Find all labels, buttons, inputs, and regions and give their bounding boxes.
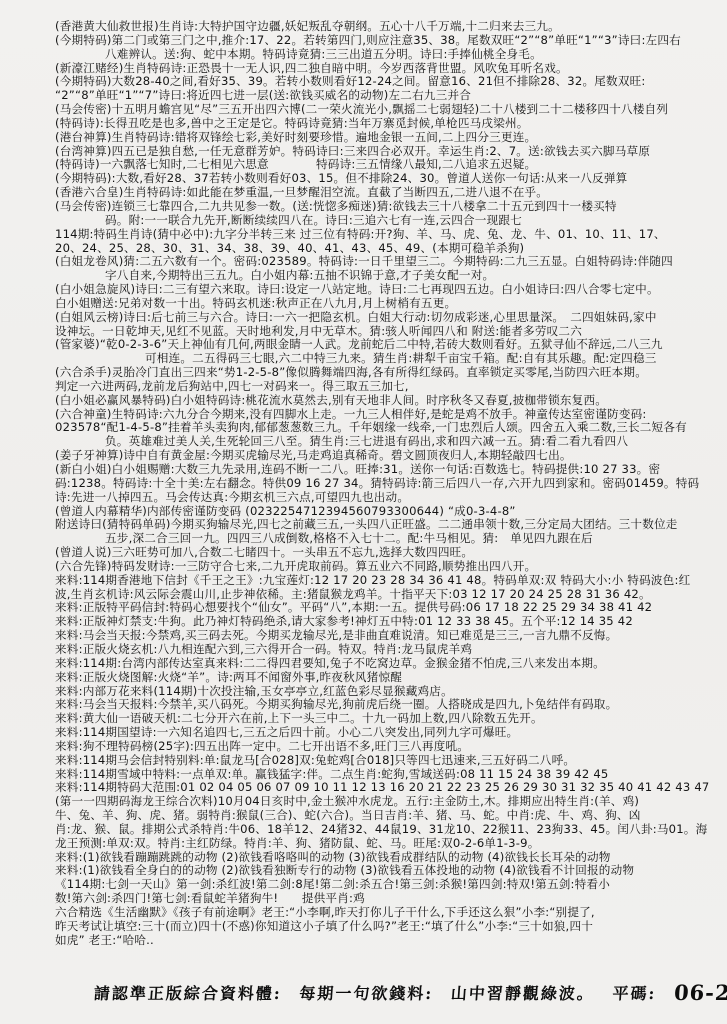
text-line: (马会传密)十五明月蟾宫见“尽”三五开出四六博(二一荣火流光小,飘摇二七弱翅轻)… [55, 103, 721, 117]
text-line: 数!第六剑:杀四门!第七剑:看鼠蛇羊猪狗牛! 提供平肖:鸡 [55, 892, 721, 906]
text-line: 附送诗曰(猜特码单码)今期买狗输尽光,四七之前藏三五,一头四八正旺盛。二二通串领… [55, 518, 721, 532]
text-line: 《114期:七剑一天山》第一剑:杀红波!第二剑:8尾!第二剑:杀五合!第三剑:杀… [55, 878, 721, 892]
text-line: (白小姐必赢风暴特码)白小姐特码诗:桃花流水莫然去,别有天地非人间。时序秋冬又春… [55, 394, 721, 408]
text-line: (今期特码):大数,看好28、37若转小数则看好03、15。但不排除24、30。… [55, 172, 721, 186]
text-line: 负。英雄难过美人关,生死轮回三八至。猜生肖:三七进退有码出,求和四六减一五。猜:… [55, 435, 721, 449]
text-line: 判定一六进两码,龙前龙后狗站中,四七一对码来一。得三取五三加七, [55, 380, 721, 394]
text-line: 来料:正版火烧玄机:八九相连配六到,三六得开合一码。特双。特肖:龙马鼠虎羊鸡 [55, 643, 721, 657]
text-line: 来料:114期:台湾内部传达室真来料:二二得四君要知,兔子不吃窝边草。金猴金猪不… [55, 657, 721, 671]
text-line: 来料:马会当天报:今禁鸡,买三码去死。今期买龙输尽光,是非曲直难说清。知已难觅是… [55, 629, 721, 643]
footer-note: 請認準正版綜合資料體: 每期一句欲錢料: 山中習靜觀綠波。 平碼: 06-23 [93, 980, 727, 1005]
text-line: 龙王预测:单双:双。特肖:主红防绿。特肖:羊、狗、猪防鼠、蛇、马。旺尾:双0-2… [55, 837, 721, 851]
text-line: (曾道人说)三六旺势可加八,合数二七睹四十。一头串五不忘九,选择大数四四旺。 [55, 546, 721, 560]
text-line: (第一一四期码海龙王综合次料)10月04日亥时中,金土猴冲水虎龙。五行:主金防土… [55, 795, 721, 809]
text-line: 牛、兔、羊、狗、虎、猪。弱特肖:猴鼠(三合)、蛇(六合)。当日吉肖:羊、猪、马、… [55, 809, 721, 823]
text-line: (新濠江赌经)生肖特码诗:正恐畏十一无人识,四二独自暗中明。今岁西落背世盟。风吹… [55, 62, 721, 76]
text-line: 20、24、25、28、30、31、34、38、39、40、41、43、45、4… [55, 242, 721, 256]
text-line: 114期:特码生肖诗(猜中必中):九字分半转三来 过三位有特码:开?狗、羊、马、… [55, 228, 721, 242]
text-line: 可相连。二五得码三七眼,六二中特三九来。猜生肖:耕犁千亩宝千箱。配:自有其乐趣。… [55, 352, 721, 366]
text-line: 五步,深二合三回一九。四四三八成倒数,格格不入七十二。配:牛马相见。猜: 单见四… [55, 532, 721, 546]
text-line: 八难辨认。送:狗、蛇中本期。特码诗竟猜:三三出道五分明。诗曰:手捧仙桃全身毛。 [55, 48, 721, 62]
text-line: 来料:(1)欲钱看全身白的的动物 (2)欲钱看独断专行的动物 (3)欲钱看五体投… [55, 864, 721, 878]
text-line: (香港六合皇)生肖特码诗:如此能在梦重温,一旦梦醒泪空流。直截了当断四五,二进八… [55, 186, 721, 200]
text-line: (六合先锋)特码发财诗:一三防守合七来,二九开虎取前码。算五业六不同路,顺势推出… [55, 560, 721, 574]
text-line: 来料:马会当天报料:今禁羊,买八码死。今期买狗输尽光,狗前虎后绕一圈。人搭晓成是… [55, 698, 721, 712]
text-line: (港台神算)生肖特码诗:错将双锋绘七彩,美好时刻要珍惜。遍地金银一五间,二上四分… [55, 131, 721, 145]
text-line: (白姐龙卷风)猜:二五六数有一个。密码:023589。特码诗:一日千里望三二。今… [55, 255, 721, 269]
text-line: 来料:内部万花来料(114期)十次投注输,玉女亭亭立,红蓝色彩尽显猴藏鸡店。 [55, 685, 721, 699]
text-line: (姜子牙神算)诗中自有黄金屋:今期买虎输尽光,马走鸡追真稀奇。碧文圆顶夜归人,本… [55, 449, 721, 463]
footer-pingma-label: 平碼: [612, 984, 657, 1003]
text-line: (曾道人内幕精华)内部传密谨防变码 (023225471239456079330… [55, 505, 721, 519]
text-line: 来料:114期雪域中特料:一点单双:单。赢钱猛字:伴。二点生肖:蛇狗,雪域送码:… [55, 768, 721, 782]
text-line: (新白小姐)白小姐赐赠:大数三九先录用,连码不断一二八。旺捧:31。送你一句话:… [55, 463, 721, 477]
text-line: (管家婆)“乾0-2-3-6”天上神仙有几何,两眼金睛一人武。龙前蛇后二中特,若… [55, 338, 721, 352]
text-line: 来料:正版神灯禁支:牛狗。此乃神灯特码绝杀,请大家参考!神灯五中特:01 12 … [55, 615, 721, 629]
footer-pingma-code: 06-23 [673, 980, 727, 1005]
text-line: (六合杀手)灵胎冷门直出三四来“势1-2-5-8”像似腾舞端四海,各有所得红绿码… [55, 366, 721, 380]
text-line: 波,生肖玄机诗:风云际会震山川,止步神依稀。主:猪鼠猴龙鸡羊。十指平天下:03 … [55, 588, 721, 602]
document-lines: (香港黄大仙救世报)生肖诗:大特护国守边疆,妖妃叛乱夺朝纲。五心十八千万端,十二… [55, 20, 721, 948]
text-line: 白小姐赠送:兄弟对数一十出。特码玄机迷:秋声正在八九月,月上树梢有五更。 [55, 297, 721, 311]
text-line: (今期特码)大数28-40之间,看好35、39。若转小数则看好12-24之间。留… [55, 75, 721, 89]
text-line: (今期特码)第二门或第三门之中,推介:17、22。若转第四门,则应注意35、38… [55, 34, 721, 48]
text-line: (白姐风云榜)诗曰:后七前三与六合。诗曰:一六一把隐玄机。白姐大行动:切勿成彩迷… [55, 311, 721, 325]
text-line: 来料:狗不理特码榜(25字):四五出阵一定中。二七开出语不多,旺门三八再度吼。 [55, 740, 721, 754]
footer-seg-hint-label: 每期一句欲錢料: [299, 984, 434, 1003]
footer-seg-hint-verse: 山中習靜觀綠波。 [450, 984, 595, 1003]
text-line: 来料:114期马会信封特别料:单:鼠龙马[合028]双:兔蛇鸡[合018]只等四… [55, 754, 721, 768]
text-line: 六合精选《生活幽默》《孩子有前途啊》老王:“小李啊,昨天打你儿子干什么,下手还这… [55, 906, 721, 920]
text-line: (特码诗):长得丑吃是也多,兽中之王定是它。特码诗竟猜:当年万寨觅封候,单枪匹马… [55, 117, 721, 131]
text-line: “2”“8”单旺“1”“7”诗曰:将近四七进一层(送:欲钱买威名的动物)左二右九… [55, 89, 721, 103]
text-line: 昨天考试让填空:三十(而立)四十(不惑)你知道这小子填了什么吗?”老王:“填了什… [55, 920, 721, 934]
footer-seg-authentic: 請認準正版綜合資料體: [93, 984, 282, 1003]
text-line: (特码诗)一六飘落七知时,二七相见六思意 特码诗:三五情缘八最知,二八追求五迟疑… [55, 158, 721, 172]
text-line: 肖:龙、猴、鼠。排期公式杀特肖:牛06、18羊12、24猪32、44鼠19、31… [55, 823, 721, 837]
text-line: 来料:正版火烧图解:火烧“羊”。诗:两耳不闻窗外事,昨夜秋风猪惊醒 [55, 671, 721, 685]
text-line: (香港黄大仙救世报)生肖诗:大特护国守边疆,妖妃叛乱夺朝纲。五心十八千万端,十二… [55, 20, 721, 34]
text-line: (白小姐急旋风)诗曰:二三有望六来取。诗曰:设定一八站定地。诗曰:二七再现四五边… [55, 283, 721, 297]
text-line: 来料:黄大仙一语破天机:二七分开六在前,上下一头三中二。十九一码加上数,四八除数… [55, 712, 721, 726]
text-line: 来料:114期国望诗:一六知名追四七,三五之后四十前。小心二八突发出,同列九字可… [55, 726, 721, 740]
text-line: (马会传密)连锁三七靠四合,二九共见参一数。(送:恍惚多痴迷)猜:欲钱去三十八楼… [55, 200, 721, 214]
text-line: 码。附:一一联合九先开,断断续续四八在。诗曰:三追六七有一连,云四合一现跟七 [55, 214, 721, 228]
text-line: 来料:(1)欲钱看蹦蹦跳跳的动物 (2)欲钱看咯咯叫的动物 (3)欲钱看成群结队… [55, 851, 721, 865]
text-line: 来料:正版特平码信封:特码心想要找个“仙女”。平码“八”,本期:一五。提供号码:… [55, 601, 721, 615]
text-line: 码:1238。特码诗:十全十美:左右翻念。特供09 16 27 34。猜特码诗:… [55, 477, 721, 491]
lottery-tips-sheet: (香港黄大仙救世报)生肖诗:大特护国守边疆,妖妃叛乱夺朝纲。五心十八千万端,十二… [0, 0, 727, 1024]
text-line: 023578“配1-4-5-8”挂着羊头卖狗肉,郁郁葱葱数三九。千年姻缘一线牵,… [55, 421, 721, 435]
text-line: (台湾神算)四五已是独自愁,一任无意群芳妒。特码诗曰:三来四合必双开。幸运生肖:… [55, 145, 721, 159]
text-line: 诗:先进一八掉四五。马会传达真:今期玄机三六点,可望四九也出动。 [55, 491, 721, 505]
text-line: 设神坛。一日乾坤天,见红不见蓝。天时地利发,月中无草木。猜:骇人听闻四八和 附送… [55, 325, 721, 339]
text-line: 来料:114期香港地下信封《千王之王》:九宝莲灯:12 17 20 23 28 … [55, 574, 721, 588]
text-line: 来料:114期特码大范围:01 02 04 05 06 07 09 10 11 … [55, 781, 721, 795]
text-line: 如虎” 老王:“哈哈.. [55, 934, 721, 948]
text-line: (六合神童)生特码诗:六九分合今期来,没有四脚水上走。一九三人相伴好,是蛇是鸡不… [55, 408, 721, 422]
text-line: 字八自来,今期特出三五九。白小姐内幕:五抽不识锦于意,才子美女配一对。 [55, 269, 721, 283]
